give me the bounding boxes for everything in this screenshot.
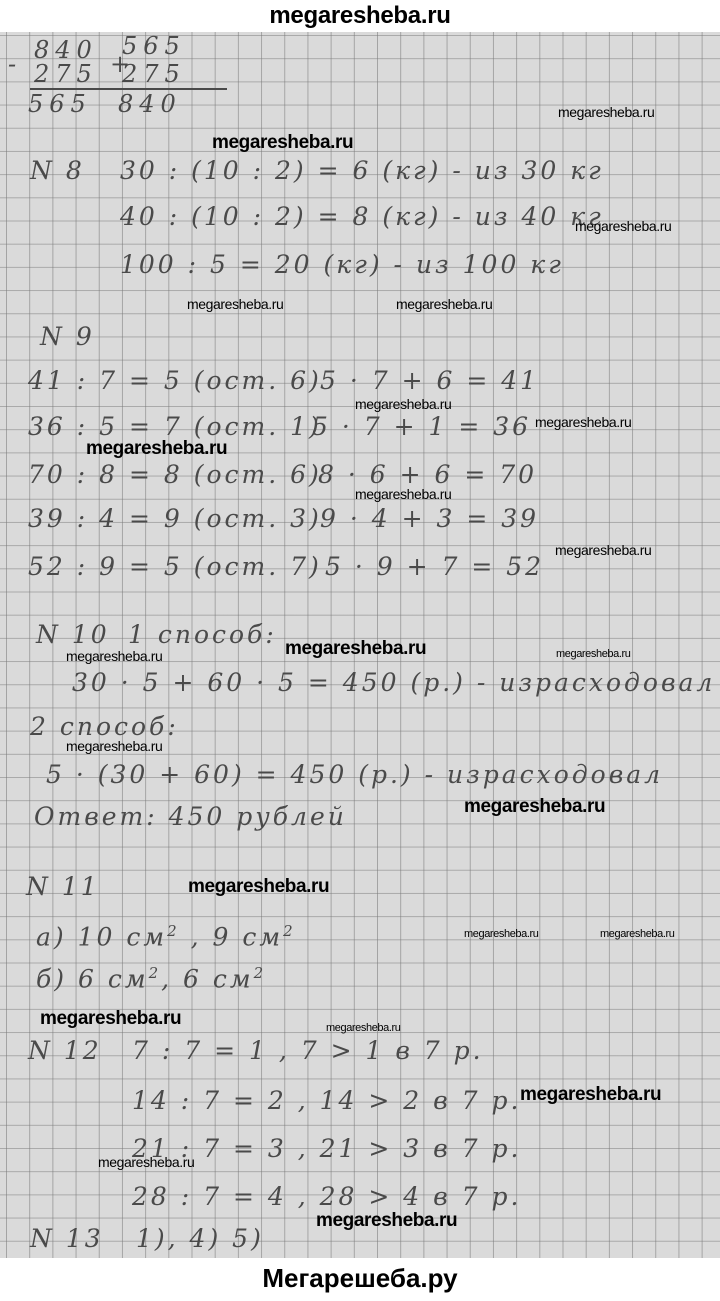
task12-line: 28 : 7 = 4 , 28 > 4 в 7 р. [132, 1182, 521, 1211]
watermark: megaresheba.ru [355, 396, 451, 412]
watermark: megaresheba.ru [212, 132, 353, 154]
task9-division: 52 : 9 = 5 (ост. 7) [28, 552, 322, 581]
site-title-ru: Мегарешеба.ру [262, 1263, 457, 1293]
task11-b-label: б) [36, 964, 67, 993]
task11-a-label: а) [36, 922, 67, 951]
addition-addend2: 275 [122, 62, 186, 86]
task10-method2: 5 · (30 + 60) = 450 (р.) - израсходовал [46, 760, 663, 789]
exponent: 2 [167, 922, 180, 940]
task13-answer: 1), 4) 5) [136, 1224, 264, 1253]
watermark: megaresheba.ru [316, 1210, 457, 1232]
addition-addend1: 565 [122, 34, 186, 58]
watermark: megaresheba.ru [66, 738, 162, 754]
watermark: megaresheba.ru [285, 638, 426, 660]
task12-line: 14 : 7 = 2 , 14 > 2 в 7 р. [132, 1086, 521, 1115]
task9-division: 70 : 8 = 8 (ост. 6) [28, 460, 322, 489]
task11-a-value: 10 см [78, 922, 168, 951]
watermark: megaresheba.ru [98, 1154, 194, 1170]
site-title: megaresheba.ru [269, 2, 450, 29]
watermark: megaresheba.ru [66, 648, 162, 664]
task10-label: N 10 [36, 620, 110, 649]
watermark: megaresheba.ru [575, 218, 671, 234]
task9-check: 5 · 7 + 1 = 36 [312, 412, 531, 441]
task8-line: 30 : (10 : 2) = 6 (кг) - из 30 кг [120, 156, 604, 185]
subtraction-subtrahend: 275 [34, 62, 98, 86]
watermark: megaresheba.ru [355, 486, 451, 502]
task13-label: N 13 [30, 1224, 104, 1253]
task11-a-value: 9 см [213, 922, 284, 951]
watermark: megaresheba.ru [326, 1022, 401, 1034]
watermark: megaresheba.ru [464, 796, 605, 818]
task11-a: а) 10 см2 , 9 см2 [36, 922, 296, 951]
watermark: megaresheba.ru [464, 928, 539, 940]
exponent: 2 [254, 964, 267, 982]
watermark: megaresheba.ru [555, 542, 651, 558]
watermark: megaresheba.ru [187, 296, 283, 312]
task9-division: 41 : 7 = 5 (ост. 6) [28, 366, 322, 395]
task9-check: 5 · 9 + 7 = 52 [325, 552, 544, 581]
task8-label: N 8 [30, 156, 85, 185]
task11-label: N 11 [26, 872, 100, 901]
watermark: megaresheba.ru [600, 928, 675, 940]
watermark: megaresheba.ru [188, 876, 329, 898]
task10-answer: Ответ: 450 рублей [34, 802, 347, 831]
subtraction-result: 565 [28, 92, 92, 116]
exponent: 2 [283, 922, 296, 940]
task11-b-value: 6 см [183, 964, 254, 993]
addition-result: 840 [118, 92, 182, 116]
task10-method1: 30 · 5 + 60 · 5 = 450 (р.) - израсходова… [72, 668, 715, 697]
task9-division: 36 : 5 = 7 (ост. 1) [28, 412, 322, 441]
task9-label: N 9 [40, 322, 95, 351]
task9-check: 8 · 6 + 6 = 70 [318, 460, 537, 489]
watermark: megaresheba.ru [556, 648, 631, 660]
task11-b: б) 6 см2, 6 см2 [36, 964, 266, 993]
watermark: megaresheba.ru [535, 414, 631, 430]
task10-method2-label: 2 способ: [30, 712, 179, 741]
task9-division: 39 : 4 = 9 (ост. 3) [28, 504, 322, 533]
site-banner-bottom: Мегарешеба.ру [0, 1258, 720, 1301]
task9-check: 5 · 7 + 6 = 41 [320, 366, 539, 395]
watermark: megaresheba.ru [40, 1008, 181, 1030]
notebook-page: - 840 275 565 + 565 275 840 N 8 30 : (10… [0, 32, 720, 1258]
task10-method1-label: 1 способ: [128, 620, 277, 649]
watermark: megaresheba.ru [520, 1084, 661, 1106]
exponent: 2 [149, 964, 162, 982]
subtraction-sign: - [8, 52, 22, 76]
subtraction-minuend: 840 [34, 38, 98, 62]
site-banner-top: megaresheba.ru [0, 0, 720, 32]
task12-label: N 12 [28, 1036, 102, 1065]
task9-check: 9 · 4 + 3 = 39 [320, 504, 539, 533]
task11-b-value: 6 см [78, 964, 149, 993]
task12-line: 7 : 7 = 1 , 7 > 1 в 7 р. [132, 1036, 484, 1065]
task8-line: 100 : 5 = 20 (кг) - из 100 кг [120, 250, 564, 279]
watermark: megaresheba.ru [396, 296, 492, 312]
task8-line: 40 : (10 : 2) = 8 (кг) - из 40 кг [120, 202, 604, 231]
watermark: megaresheba.ru [86, 438, 227, 460]
watermark: megaresheba.ru [558, 104, 654, 120]
